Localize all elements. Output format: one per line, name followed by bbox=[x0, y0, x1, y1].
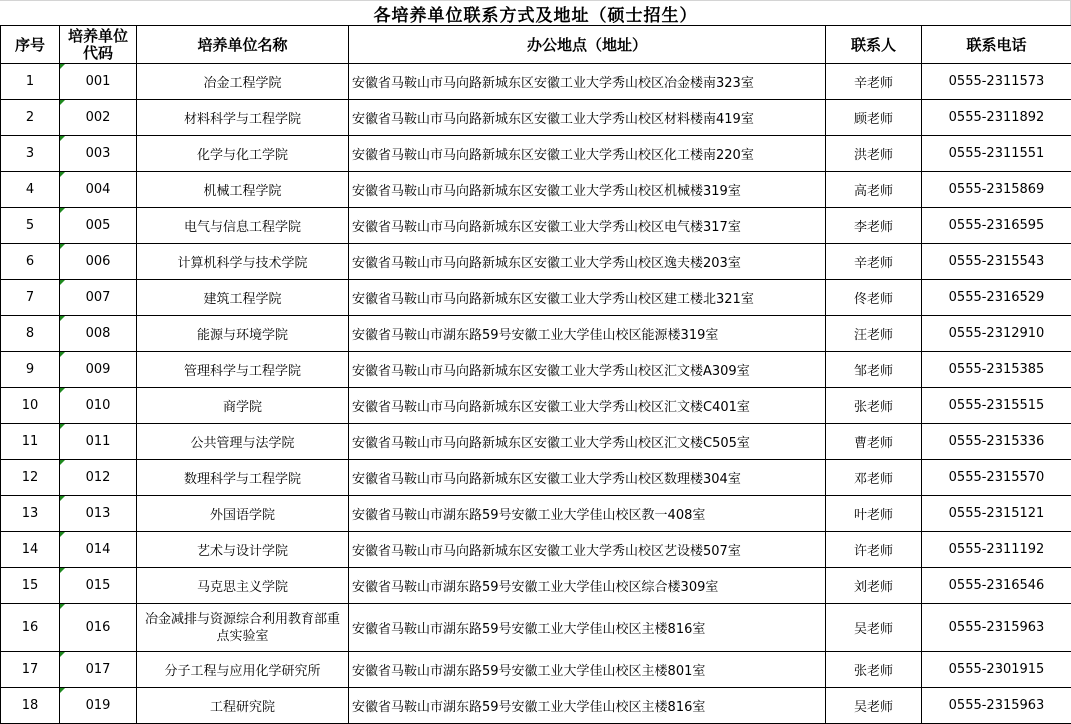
sheet-title-cell[interactable]: 各培养单位联系方式及地址（硕士招生） bbox=[0, 0, 1071, 25]
cell-address-text: 安徽省马鞍山市马向路新城东区安徽工业大学秀山校区材料楼南419室 bbox=[352, 112, 754, 127]
cell-phone[interactable]: 0555-2316546 bbox=[922, 568, 1071, 604]
cell-unit-name[interactable]: 建筑工程学院 bbox=[137, 280, 349, 316]
cell-index-text: 15 bbox=[22, 578, 39, 593]
cell-index[interactable]: 15 bbox=[1, 568, 60, 604]
cell-unit-name-text: 数理科学与工程学院 bbox=[184, 472, 301, 487]
cell-contact[interactable]: 吴老师 bbox=[826, 604, 922, 652]
header-phone[interactable]: 联系电话 bbox=[922, 26, 1071, 64]
cell-code-text: 016 bbox=[86, 620, 111, 635]
cell-address[interactable]: 安徽省马鞍山市马向路新城东区安徽工业大学秀山校区冶金楼南323室 bbox=[349, 64, 826, 100]
cell-address[interactable]: 安徽省马鞍山市马向路新城东区安徽工业大学秀山校区艺设楼507室 bbox=[349, 532, 826, 568]
cell-phone-text: 0555-2315963 bbox=[949, 698, 1045, 713]
cell-code[interactable]: 017 bbox=[60, 652, 137, 688]
cell-unit-name[interactable]: 机械工程学院 bbox=[137, 172, 349, 208]
cell-index-text: 3 bbox=[26, 146, 34, 161]
cell-address[interactable]: 安徽省马鞍山市马向路新城东区安徽工业大学秀山校区数理楼304室 bbox=[349, 460, 826, 496]
cell-index[interactable]: 4 bbox=[1, 172, 60, 208]
cell-index[interactable]: 13 bbox=[1, 496, 60, 532]
cell-address[interactable]: 安徽省马鞍山市马向路新城东区安徽工业大学秀山校区汇文楼A309室 bbox=[349, 352, 826, 388]
cell-contact[interactable]: 辛老师 bbox=[826, 244, 922, 280]
cell-contact-text: 邹老师 bbox=[854, 364, 893, 379]
comment-indicator-icon bbox=[60, 136, 65, 141]
cell-unit-name-text: 电气与信息工程学院 bbox=[184, 220, 301, 235]
cell-unit-name[interactable]: 计算机科学与技术学院 bbox=[137, 244, 349, 280]
cell-code-text: 009 bbox=[86, 362, 111, 377]
cell-address[interactable]: 安徽省马鞍山市马向路新城东区安徽工业大学秀山校区汇文楼C401室 bbox=[349, 388, 826, 424]
cell-code[interactable]: 001 bbox=[60, 64, 137, 100]
cell-address-text: 安徽省马鞍山市马向路新城东区安徽工业大学秀山校区汇文楼A309室 bbox=[352, 364, 750, 379]
cell-unit-name[interactable]: 艺术与设计学院 bbox=[137, 532, 349, 568]
cell-contact-text: 辛老师 bbox=[854, 76, 893, 91]
comment-indicator-icon bbox=[60, 688, 65, 693]
cell-address[interactable]: 安徽省马鞍山市湖东路59号安徽工业大学佳山校区主楼816室 bbox=[349, 604, 826, 652]
cell-code-text: 014 bbox=[86, 542, 111, 557]
cell-contact-text: 辛老师 bbox=[854, 256, 893, 271]
cell-index-text: 16 bbox=[22, 620, 39, 635]
cell-phone-text: 0555-2315570 bbox=[949, 470, 1045, 485]
cell-unit-name-text: 机械工程学院 bbox=[203, 184, 281, 199]
cell-contact-text: 张老师 bbox=[854, 400, 893, 415]
table-row: 7007建筑工程学院安徽省马鞍山市马向路新城东区安徽工业大学秀山校区建工楼北32… bbox=[1, 280, 1071, 316]
header-index[interactable]: 序号 bbox=[1, 26, 60, 64]
cell-index-text: 13 bbox=[22, 506, 39, 521]
cell-phone[interactable]: 0555-2315385 bbox=[922, 352, 1071, 388]
cell-index[interactable]: 10 bbox=[1, 388, 60, 424]
comment-indicator-icon bbox=[60, 244, 65, 249]
cell-index-text: 17 bbox=[22, 662, 39, 677]
cell-code-text: 006 bbox=[86, 254, 111, 269]
cell-unit-name-text: 工程研究院 bbox=[210, 700, 275, 715]
cell-code[interactable]: 014 bbox=[60, 532, 137, 568]
cell-phone[interactable]: 0555-2311192 bbox=[922, 532, 1071, 568]
cell-index[interactable]: 8 bbox=[1, 316, 60, 352]
cell-unit-name[interactable]: 外国语学院 bbox=[137, 496, 349, 532]
cell-unit-name[interactable]: 冶金减排与资源综合利用教育部重点实验室 bbox=[137, 604, 349, 652]
cell-phone[interactable]: 0555-2315963 bbox=[922, 604, 1071, 652]
cell-contact[interactable]: 邹老师 bbox=[826, 352, 922, 388]
comment-indicator-icon bbox=[60, 352, 65, 357]
cell-address-text: 安徽省马鞍山市马向路新城东区安徽工业大学秀山校区数理楼304室 bbox=[352, 472, 741, 487]
cell-phone[interactable]: 0555-2315543 bbox=[922, 244, 1071, 280]
cell-code[interactable]: 005 bbox=[60, 208, 137, 244]
cell-index[interactable]: 18 bbox=[1, 688, 60, 724]
cell-phone-text: 0555-2315121 bbox=[949, 506, 1045, 521]
table-row: 4004机械工程学院安徽省马鞍山市马向路新城东区安徽工业大学秀山校区机械楼319… bbox=[1, 172, 1071, 208]
cell-code[interactable]: 012 bbox=[60, 460, 137, 496]
cell-contact-text: 汪老师 bbox=[854, 328, 893, 343]
cell-address[interactable]: 安徽省马鞍山市湖东路59号安徽工业大学佳山校区主楼801室 bbox=[349, 652, 826, 688]
cell-address-text: 安徽省马鞍山市马向路新城东区安徽工业大学秀山校区化工楼南220室 bbox=[352, 148, 754, 163]
cell-index[interactable]: 5 bbox=[1, 208, 60, 244]
comment-indicator-icon bbox=[60, 532, 65, 537]
cell-address-text: 安徽省马鞍山市马向路新城东区安徽工业大学秀山校区电气楼317室 bbox=[352, 220, 741, 235]
cell-code-text: 001 bbox=[86, 74, 111, 89]
cell-code-text: 012 bbox=[86, 470, 111, 485]
cell-address-text: 安徽省马鞍山市湖东路59号安徽工业大学佳山校区主楼816室 bbox=[352, 700, 705, 715]
cell-contact-text: 邓老师 bbox=[854, 472, 893, 487]
cell-contact-text: 张老师 bbox=[854, 664, 893, 679]
cell-code[interactable]: 011 bbox=[60, 424, 137, 460]
cell-phone[interactable]: 0555-2315121 bbox=[922, 496, 1071, 532]
cell-phone-text: 0555-2316595 bbox=[949, 218, 1045, 233]
comment-indicator-icon bbox=[60, 460, 65, 465]
table-row: 5005电气与信息工程学院安徽省马鞍山市马向路新城东区安徽工业大学秀山校区电气楼… bbox=[1, 208, 1071, 244]
cell-contact[interactable]: 辛老师 bbox=[826, 64, 922, 100]
header-contact[interactable]: 联系人 bbox=[826, 26, 922, 64]
table-row: 15015马克思主义学院安徽省马鞍山市湖东路59号安徽工业大学佳山校区综合楼30… bbox=[1, 568, 1071, 604]
cell-address-text: 安徽省马鞍山市湖东路59号安徽工业大学佳山校区主楼801室 bbox=[352, 664, 705, 679]
cell-code-text: 007 bbox=[86, 290, 111, 305]
cell-index-text: 4 bbox=[26, 182, 34, 197]
cell-contact[interactable]: 洪老师 bbox=[826, 136, 922, 172]
cell-code-text: 015 bbox=[86, 578, 111, 593]
cell-contact[interactable]: 曹老师 bbox=[826, 424, 922, 460]
cell-address[interactable]: 安徽省马鞍山市马向路新城东区安徽工业大学秀山校区逸夫楼203室 bbox=[349, 244, 826, 280]
comment-indicator-icon bbox=[60, 172, 65, 177]
cell-phone-text: 0555-2316529 bbox=[949, 290, 1045, 305]
cell-contact[interactable]: 邓老师 bbox=[826, 460, 922, 496]
cell-phone[interactable]: 0555-2316529 bbox=[922, 280, 1071, 316]
comment-indicator-icon bbox=[60, 424, 65, 429]
cell-unit-name-text: 冶金减排与资源综合利用教育部重点实验室 bbox=[145, 612, 340, 644]
cell-code[interactable]: 003 bbox=[60, 136, 137, 172]
cell-index-text: 1 bbox=[26, 74, 34, 89]
cell-phone-text: 0555-2316546 bbox=[949, 578, 1045, 593]
cell-index[interactable]: 12 bbox=[1, 460, 60, 496]
comment-indicator-icon bbox=[60, 280, 65, 285]
cell-address[interactable]: 安徽省马鞍山市马向路新城东区安徽工业大学秀山校区机械楼319室 bbox=[349, 172, 826, 208]
cell-code-text: 003 bbox=[86, 146, 111, 161]
table-row: 11011公共管理与法学院安徽省马鞍山市马向路新城东区安徽工业大学秀山校区汇文楼… bbox=[1, 424, 1071, 460]
cell-contact[interactable]: 张老师 bbox=[826, 388, 922, 424]
cell-unit-name[interactable]: 工程研究院 bbox=[137, 688, 349, 724]
cell-code-text: 010 bbox=[86, 398, 111, 413]
cell-contact[interactable]: 李老师 bbox=[826, 208, 922, 244]
table-row: 8008能源与环境学院安徽省马鞍山市湖东路59号安徽工业大学佳山校区能源楼319… bbox=[1, 316, 1071, 352]
cell-index-text: 6 bbox=[26, 254, 34, 269]
cell-unit-name-text: 分子工程与应用化学研究所 bbox=[164, 664, 320, 679]
cell-code-text: 011 bbox=[86, 434, 111, 449]
cell-unit-name-text: 公共管理与法学院 bbox=[190, 436, 294, 451]
cell-code[interactable]: 004 bbox=[60, 172, 137, 208]
cell-index[interactable]: 16 bbox=[1, 604, 60, 652]
header-name[interactable]: 培养单位名称 bbox=[137, 26, 349, 64]
cell-unit-name[interactable]: 能源与环境学院 bbox=[137, 316, 349, 352]
cell-phone-text: 0555-2311192 bbox=[949, 542, 1045, 557]
cell-code[interactable]: 013 bbox=[60, 496, 137, 532]
table-row: 3003化学与化工学院安徽省马鞍山市马向路新城东区安徽工业大学秀山校区化工楼南2… bbox=[1, 136, 1071, 172]
cell-unit-name-text: 化学与化工学院 bbox=[197, 148, 288, 163]
cell-phone-text: 0555-2311573 bbox=[949, 74, 1045, 89]
comment-indicator-icon bbox=[60, 568, 65, 573]
cell-index[interactable]: 3 bbox=[1, 136, 60, 172]
cell-address-text: 安徽省马鞍山市马向路新城东区安徽工业大学秀山校区艺设楼507室 bbox=[352, 544, 741, 559]
cell-contact[interactable]: 佟老师 bbox=[826, 280, 922, 316]
cell-address-text: 安徽省马鞍山市马向路新城东区安徽工业大学秀山校区汇文楼C401室 bbox=[352, 400, 750, 415]
cell-address-text: 安徽省马鞍山市湖东路59号安徽工业大学佳山校区综合楼309室 bbox=[352, 580, 718, 595]
comment-indicator-icon bbox=[60, 100, 65, 105]
cell-contact[interactable]: 叶老师 bbox=[826, 496, 922, 532]
cell-code[interactable]: 009 bbox=[60, 352, 137, 388]
cell-index-text: 14 bbox=[22, 542, 39, 557]
cell-phone-text: 0555-2312910 bbox=[949, 326, 1045, 341]
cell-index[interactable]: 17 bbox=[1, 652, 60, 688]
table-body: 1001冶金工程学院安徽省马鞍山市马向路新城东区安徽工业大学秀山校区冶金楼南32… bbox=[1, 64, 1071, 724]
table-row: 12012数理科学与工程学院安徽省马鞍山市马向路新城东区安徽工业大学秀山校区数理… bbox=[1, 460, 1071, 496]
cell-phone[interactable]: 0555-2311892 bbox=[922, 100, 1071, 136]
cell-phone[interactable]: 0555-2311551 bbox=[922, 136, 1071, 172]
cell-address-text: 安徽省马鞍山市湖东路59号安徽工业大学佳山校区教一408室 bbox=[352, 508, 705, 523]
cell-contact-text: 李老师 bbox=[854, 220, 893, 235]
cell-address[interactable]: 安徽省马鞍山市湖东路59号安徽工业大学佳山校区教一408室 bbox=[349, 496, 826, 532]
cell-code-text: 008 bbox=[86, 326, 111, 341]
cell-contact[interactable]: 许老师 bbox=[826, 532, 922, 568]
cell-address[interactable]: 安徽省马鞍山市马向路新城东区安徽工业大学秀山校区化工楼南220室 bbox=[349, 136, 826, 172]
cell-unit-name[interactable]: 冶金工程学院 bbox=[137, 64, 349, 100]
cell-contact-text: 叶老师 bbox=[854, 508, 893, 523]
cell-unit-name[interactable]: 化学与化工学院 bbox=[137, 136, 349, 172]
cell-code[interactable]: 007 bbox=[60, 280, 137, 316]
cell-address[interactable]: 安徽省马鞍山市马向路新城东区安徽工业大学秀山校区材料楼南419室 bbox=[349, 100, 826, 136]
table-row: 13013外国语学院安徽省马鞍山市湖东路59号安徽工业大学佳山校区教一408室叶… bbox=[1, 496, 1071, 532]
comment-indicator-icon bbox=[60, 64, 65, 69]
cell-address-text: 安徽省马鞍山市湖东路59号安徽工业大学佳山校区主楼816室 bbox=[352, 622, 705, 637]
cell-phone[interactable]: 0555-2316595 bbox=[922, 208, 1071, 244]
cell-code-text: 013 bbox=[86, 506, 111, 521]
cell-code[interactable]: 016 bbox=[60, 604, 137, 652]
cell-unit-name-text: 计算机科学与技术学院 bbox=[177, 256, 307, 271]
cell-unit-name[interactable]: 材料科学与工程学院 bbox=[137, 100, 349, 136]
cell-contact[interactable]: 顾老师 bbox=[826, 100, 922, 136]
comment-indicator-icon bbox=[60, 652, 65, 657]
cell-address[interactable]: 安徽省马鞍山市湖东路59号安徽工业大学佳山校区主楼816室 bbox=[349, 688, 826, 724]
cell-phone[interactable]: 0555-2301915 bbox=[922, 652, 1071, 688]
cell-code-text: 017 bbox=[86, 662, 111, 677]
cell-index-text: 12 bbox=[22, 470, 39, 485]
cell-phone-text: 0555-2315869 bbox=[949, 182, 1045, 197]
cell-code[interactable]: 006 bbox=[60, 244, 137, 280]
cell-address[interactable]: 安徽省马鞍山市湖东路59号安徽工业大学佳山校区综合楼309室 bbox=[349, 568, 826, 604]
cell-unit-name-text: 管理科学与工程学院 bbox=[184, 364, 301, 379]
comment-indicator-icon bbox=[60, 316, 65, 321]
cell-unit-name-text: 商学院 bbox=[223, 400, 262, 415]
cell-phone-text: 0555-2311551 bbox=[949, 146, 1045, 161]
table-row: 9009管理科学与工程学院安徽省马鞍山市马向路新城东区安徽工业大学秀山校区汇文楼… bbox=[1, 352, 1071, 388]
cell-unit-name[interactable]: 商学院 bbox=[137, 388, 349, 424]
cell-unit-name[interactable]: 电气与信息工程学院 bbox=[137, 208, 349, 244]
cell-phone[interactable]: 0555-2311573 bbox=[922, 64, 1071, 100]
cell-phone-text: 0555-2315543 bbox=[949, 254, 1045, 269]
cell-code[interactable]: 015 bbox=[60, 568, 137, 604]
cell-code-text: 005 bbox=[86, 218, 111, 233]
cell-unit-name[interactable]: 管理科学与工程学院 bbox=[137, 352, 349, 388]
contact-table: 序号 培养单位代码 培养单位名称 办公地点（地址） 联系人 联系电话 1001冶… bbox=[0, 25, 1071, 724]
table-row: 14014艺术与设计学院安徽省马鞍山市马向路新城东区安徽工业大学秀山校区艺设楼5… bbox=[1, 532, 1071, 568]
cell-unit-name[interactable]: 数理科学与工程学院 bbox=[137, 460, 349, 496]
cell-address-text: 安徽省马鞍山市马向路新城东区安徽工业大学秀山校区冶金楼南323室 bbox=[352, 76, 754, 91]
sheet-title: 各培养单位联系方式及地址（硕士招生） bbox=[374, 1, 698, 26]
table-row: 17017分子工程与应用化学研究所安徽省马鞍山市湖东路59号安徽工业大学佳山校区… bbox=[1, 652, 1071, 688]
cell-phone[interactable]: 0555-2315869 bbox=[922, 172, 1071, 208]
cell-phone[interactable]: 0555-2315515 bbox=[922, 388, 1071, 424]
cell-code[interactable]: 002 bbox=[60, 100, 137, 136]
cell-phone[interactable]: 0555-2315963 bbox=[922, 688, 1071, 724]
cell-phone-text: 0555-2315385 bbox=[949, 362, 1045, 377]
table-row: 6006计算机科学与技术学院安徽省马鞍山市马向路新城东区安徽工业大学秀山校区逸夫… bbox=[1, 244, 1071, 280]
cell-code[interactable]: 019 bbox=[60, 688, 137, 724]
comment-indicator-icon bbox=[60, 604, 65, 609]
cell-index[interactable]: 9 bbox=[1, 352, 60, 388]
cell-index[interactable]: 11 bbox=[1, 424, 60, 460]
cell-address[interactable]: 安徽省马鞍山市马向路新城东区安徽工业大学秀山校区汇文楼C505室 bbox=[349, 424, 826, 460]
cell-contact-text: 刘老师 bbox=[854, 580, 893, 595]
header-code[interactable]: 培养单位代码 bbox=[60, 26, 137, 64]
cell-unit-name-text: 马克思主义学院 bbox=[197, 580, 288, 595]
cell-contact[interactable]: 高老师 bbox=[826, 172, 922, 208]
table-row: 16016冶金减排与资源综合利用教育部重点实验室安徽省马鞍山市湖东路59号安徽工… bbox=[1, 604, 1071, 652]
comment-indicator-icon bbox=[60, 496, 65, 501]
cell-code-text: 004 bbox=[86, 182, 111, 197]
cell-unit-name[interactable]: 公共管理与法学院 bbox=[137, 424, 349, 460]
cell-index-text: 11 bbox=[22, 434, 39, 449]
comment-indicator-icon bbox=[60, 388, 65, 393]
cell-address-text: 安徽省马鞍山市马向路新城东区安徽工业大学秀山校区机械楼319室 bbox=[352, 184, 741, 199]
header-row: 序号 培养单位代码 培养单位名称 办公地点（地址） 联系人 联系电话 bbox=[1, 26, 1071, 64]
cell-address-text: 安徽省马鞍山市马向路新城东区安徽工业大学秀山校区建工楼北321室 bbox=[352, 292, 754, 307]
cell-phone[interactable]: 0555-2312910 bbox=[922, 316, 1071, 352]
cell-contact-text: 洪老师 bbox=[854, 148, 893, 163]
cell-phone[interactable]: 0555-2315570 bbox=[922, 460, 1071, 496]
cell-address[interactable]: 安徽省马鞍山市湖东路59号安徽工业大学佳山校区能源楼319室 bbox=[349, 316, 826, 352]
cell-contact[interactable]: 吴老师 bbox=[826, 688, 922, 724]
cell-address-text: 安徽省马鞍山市马向路新城东区安徽工业大学秀山校区汇文楼C505室 bbox=[352, 436, 750, 451]
cell-index-text: 18 bbox=[22, 698, 39, 713]
cell-code-text: 019 bbox=[86, 698, 111, 713]
cell-index-text: 10 bbox=[22, 398, 39, 413]
cell-code[interactable]: 010 bbox=[60, 388, 137, 424]
cell-index[interactable]: 7 bbox=[1, 280, 60, 316]
cell-unit-name-text: 冶金工程学院 bbox=[203, 76, 281, 91]
header-address[interactable]: 办公地点（地址） bbox=[349, 26, 826, 64]
cell-unit-name-text: 材料科学与工程学院 bbox=[184, 112, 301, 127]
table-row: 18019工程研究院安徽省马鞍山市湖东路59号安徽工业大学佳山校区主楼816室吴… bbox=[1, 688, 1071, 724]
cell-index-text: 9 bbox=[26, 362, 34, 377]
cell-phone-text: 0555-2315963 bbox=[949, 620, 1045, 635]
cell-phone[interactable]: 0555-2315336 bbox=[922, 424, 1071, 460]
cell-address[interactable]: 安徽省马鞍山市马向路新城东区安徽工业大学秀山校区电气楼317室 bbox=[349, 208, 826, 244]
cell-index[interactable]: 2 bbox=[1, 100, 60, 136]
cell-address-text: 安徽省马鞍山市湖东路59号安徽工业大学佳山校区能源楼319室 bbox=[352, 328, 718, 343]
cell-index-text: 7 bbox=[26, 290, 34, 305]
cell-unit-name-text: 建筑工程学院 bbox=[203, 292, 281, 307]
cell-contact[interactable]: 刘老师 bbox=[826, 568, 922, 604]
cell-unit-name[interactable]: 马克思主义学院 bbox=[137, 568, 349, 604]
cell-index[interactable]: 1 bbox=[1, 64, 60, 100]
cell-unit-name-text: 艺术与设计学院 bbox=[197, 544, 288, 559]
cell-phone-text: 0555-2311892 bbox=[949, 110, 1045, 125]
comment-indicator-icon bbox=[60, 208, 65, 213]
table-row: 1001冶金工程学院安徽省马鞍山市马向路新城东区安徽工业大学秀山校区冶金楼南32… bbox=[1, 64, 1071, 100]
cell-phone-text: 0555-2301915 bbox=[949, 662, 1045, 677]
cell-contact[interactable]: 汪老师 bbox=[826, 316, 922, 352]
cell-unit-name-text: 外国语学院 bbox=[210, 508, 275, 523]
cell-contact-text: 佟老师 bbox=[854, 292, 893, 307]
cell-index-text: 8 bbox=[26, 326, 34, 341]
cell-unit-name[interactable]: 分子工程与应用化学研究所 bbox=[137, 652, 349, 688]
cell-unit-name-text: 能源与环境学院 bbox=[197, 328, 288, 343]
table-row: 10010商学院安徽省马鞍山市马向路新城东区安徽工业大学秀山校区汇文楼C401室… bbox=[1, 388, 1071, 424]
spreadsheet: 各培养单位联系方式及地址（硕士招生） 序号 培养单位代码 培养单位名称 办公地点… bbox=[0, 0, 1071, 724]
cell-code[interactable]: 008 bbox=[60, 316, 137, 352]
cell-address-text: 安徽省马鞍山市马向路新城东区安徽工业大学秀山校区逸夫楼203室 bbox=[352, 256, 741, 271]
cell-address[interactable]: 安徽省马鞍山市马向路新城东区安徽工业大学秀山校区建工楼北321室 bbox=[349, 280, 826, 316]
cell-contact[interactable]: 张老师 bbox=[826, 652, 922, 688]
cell-contact-text: 曹老师 bbox=[854, 436, 893, 451]
table-row: 2002材料科学与工程学院安徽省马鞍山市马向路新城东区安徽工业大学秀山校区材料楼… bbox=[1, 100, 1071, 136]
cell-index[interactable]: 14 bbox=[1, 532, 60, 568]
cell-phone-text: 0555-2315336 bbox=[949, 434, 1045, 449]
cell-contact-text: 吴老师 bbox=[854, 700, 893, 715]
cell-contact-text: 许老师 bbox=[854, 544, 893, 559]
cell-index[interactable]: 6 bbox=[1, 244, 60, 280]
cell-contact-text: 顾老师 bbox=[854, 112, 893, 127]
cell-index-text: 2 bbox=[26, 110, 34, 125]
cell-contact-text: 吴老师 bbox=[854, 622, 893, 637]
cell-phone-text: 0555-2315515 bbox=[949, 398, 1045, 413]
cell-code-text: 002 bbox=[86, 110, 111, 125]
cell-index-text: 5 bbox=[26, 218, 34, 233]
cell-contact-text: 高老师 bbox=[854, 184, 893, 199]
